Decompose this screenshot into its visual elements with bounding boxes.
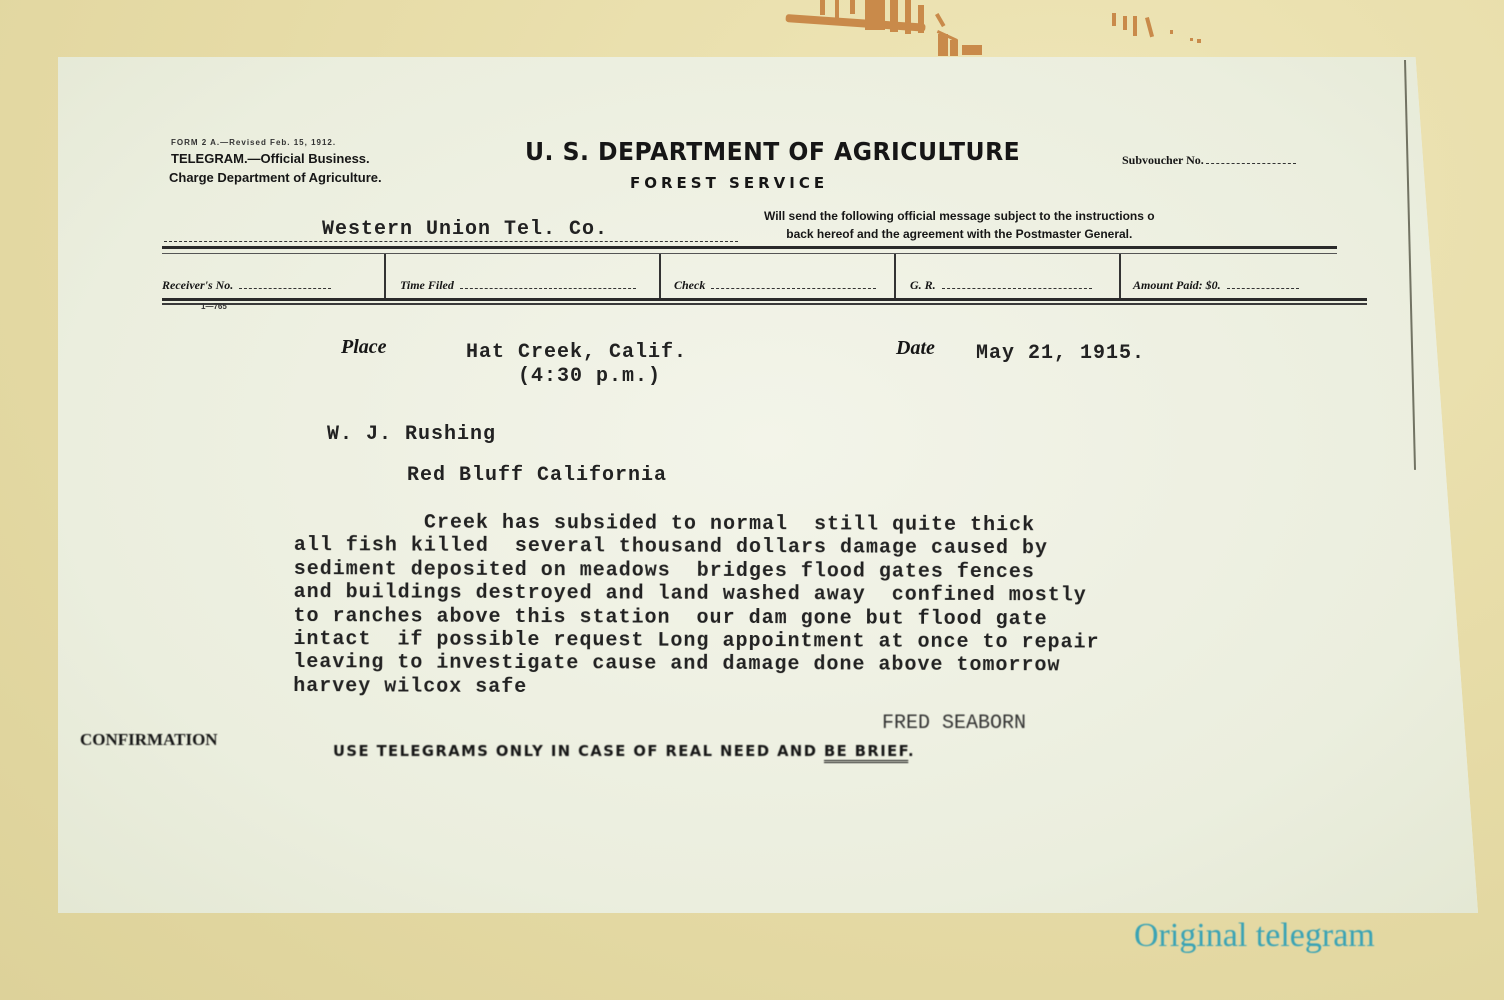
form-sub-number: 1—765 <box>201 302 227 311</box>
warning-emphasis: BE BRIEF <box>824 742 908 763</box>
subvoucher-blank <box>1206 163 1296 164</box>
warning-text: USE TELEGRAMS ONLY IN CASE OF REAL NEED … <box>333 742 824 760</box>
field-divider <box>1119 254 1121 300</box>
addressee-name: W. J. Rushing <box>327 423 496 446</box>
sender-signature: FRED SEABORN <box>882 712 1026 735</box>
warning-period: . <box>908 742 915 760</box>
divider-rule <box>162 246 1337 249</box>
instructions-line-2: back hereof and the agreement with the P… <box>764 225 1155 243</box>
receivers-no-label: Receiver's No. <box>162 278 233 292</box>
amount-paid-field: Amount Paid: $0. <box>1133 278 1299 293</box>
confirmation-label: CONFIRMATION <box>80 730 218 750</box>
time-filed-field: Time Filed <box>400 278 636 293</box>
decorative-sketch-illustration <box>0 0 1504 60</box>
gr-field: G. R. <box>910 278 1092 293</box>
gr-blank <box>942 288 1092 289</box>
telegram-official-business: TELEGRAM.—Official Business. <box>171 151 370 166</box>
place-label: Place <box>341 336 387 359</box>
check-field: Check <box>674 278 876 293</box>
divider-rule <box>162 303 1367 305</box>
subvoucher-field: Subvoucher No. <box>1122 153 1296 168</box>
subvoucher-label: Subvoucher No. <box>1122 153 1204 167</box>
amount-paid-label: Amount Paid: $0. <box>1133 278 1221 292</box>
amount-paid-blank <box>1227 288 1299 289</box>
field-divider <box>384 254 386 300</box>
department-heading: U. S. DEPARTMENT OF AGRICULTURE <box>525 137 1020 166</box>
instructions-text: Will send the following official message… <box>764 207 1155 243</box>
check-blank <box>711 288 876 289</box>
instructions-line-1: Will send the following official message… <box>764 207 1155 225</box>
charge-department-line: Charge Department of Agriculture. <box>169 170 382 185</box>
date-label: Date <box>896 337 935 360</box>
field-divider <box>659 254 661 300</box>
form-number: FORM 2 A.—Revised Feb. 15, 1912. <box>171 138 336 147</box>
receivers-no-field: Receiver's No. <box>162 278 331 293</box>
exhibit-caption: Original telegram <box>1134 917 1375 955</box>
check-label: Check <box>674 278 705 292</box>
receivers-no-blank <box>239 288 331 289</box>
divider-rule <box>162 253 1337 254</box>
field-divider <box>894 254 896 300</box>
time-filed-label: Time Filed <box>400 278 454 292</box>
carrier-value: Western Union Tel. Co. <box>322 218 608 241</box>
date-value: May 21, 1915. <box>976 342 1145 365</box>
time-value: (4:30 p.m.) <box>518 365 661 388</box>
divider-rule <box>162 298 1367 301</box>
time-filed-blank <box>460 288 636 289</box>
telegram-document: FORM 2 A.—Revised Feb. 15, 1912. TELEGRA… <box>58 57 1478 913</box>
usage-warning: USE TELEGRAMS ONLY IN CASE OF REAL NEED … <box>333 742 915 760</box>
carrier-field: Western Union Tel. Co. <box>164 217 738 242</box>
place-value: Hat Creek, Calif. <box>466 341 687 364</box>
forest-service-heading: FOREST SERVICE <box>630 174 828 192</box>
addressee-city: Red Bluff California <box>407 464 667 487</box>
message-body: Creek has subsided to normal still quite… <box>293 511 1100 702</box>
gr-label: G. R. <box>910 278 936 292</box>
